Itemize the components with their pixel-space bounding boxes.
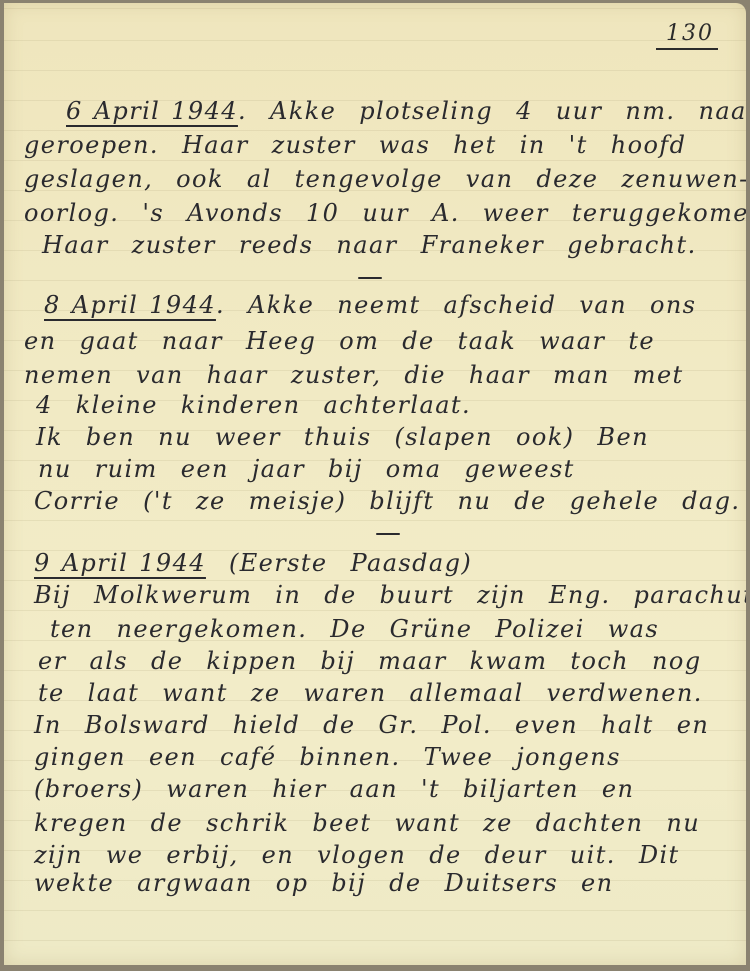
entry-3-line-2: Bij Molkwerum in de buurt zijn Eng. para… bbox=[34, 581, 746, 609]
diary-page: 130 6 April 1944. Akke plotseling 4 uur … bbox=[4, 3, 746, 965]
entry-2-line-4: 4 kleine kinderen achterlaat. bbox=[36, 391, 471, 419]
entry-2-line-3: nemen van haar zuster, die haar man met bbox=[24, 361, 684, 389]
entry-2-line-2: en gaat naar Heeg om de taak waar te bbox=[24, 327, 655, 355]
entry-2-line-1: 8 April 1944. Akke neemt afscheid van on… bbox=[44, 291, 696, 319]
entry-text: Akke plotseling 4 uur nm. naar huis bbox=[270, 97, 746, 125]
entry-heading-note: (Eerste Paasdag) bbox=[229, 549, 472, 577]
entry-divider bbox=[376, 533, 400, 535]
entry-2-line-5: Ik ben nu weer thuis (slapen ook) Ben bbox=[36, 423, 649, 451]
entry-text bbox=[206, 549, 229, 577]
entry-3-line-10: zijn we erbij, en vlogen de deur uit. Di… bbox=[34, 841, 680, 869]
entry-1-line-5: Haar zuster reeds naar Franeker gebracht… bbox=[42, 231, 697, 259]
entry-2-line-6: nu ruim een jaar bij oma geweest bbox=[38, 455, 575, 483]
entry-date: 6 April 1944 bbox=[66, 97, 238, 125]
entry-3-line-5: te laat want ze waren allemaal verdwenen… bbox=[38, 679, 703, 707]
entry-1-line-4: oorlog. 's Avonds 10 uur A. weer terugge… bbox=[24, 199, 746, 227]
page-number: 130 bbox=[656, 21, 718, 50]
entry-text: . bbox=[238, 97, 270, 125]
entry-3-line-11: wekte argwaan op bij de Duitsers en bbox=[34, 869, 614, 897]
entry-divider bbox=[358, 277, 382, 279]
entry-date: 9 April 1944 bbox=[34, 549, 206, 577]
entry-1-line-1: 6 April 1944. Akke plotseling 4 uur nm. … bbox=[66, 97, 746, 125]
entry-1-line-2: geroepen. Haar zuster was het in 't hoof… bbox=[24, 131, 686, 159]
entry-3-line-1: 9 April 1944 (Eerste Paasdag) bbox=[34, 549, 472, 577]
entry-text: . bbox=[216, 291, 248, 319]
entry-3-line-8: (broers) waren hier aan 't biljarten en bbox=[34, 775, 634, 803]
entry-text: Akke neemt afscheid van ons bbox=[248, 291, 696, 319]
entry-3-line-6: In Bolsward hield de Gr. Pol. even halt … bbox=[34, 711, 709, 739]
entry-3-line-9: kregen de schrik beet want ze dachten nu bbox=[34, 809, 700, 837]
entry-date: 8 April 1944 bbox=[44, 291, 216, 319]
entry-3-line-3: ten neergekomen. De Grüne Polizei was bbox=[50, 615, 659, 643]
entry-2-line-7: Corrie ('t ze meisje) blijft nu de gehel… bbox=[34, 487, 740, 515]
entry-3-line-7: gingen een café binnen. Twee jongens bbox=[34, 743, 621, 771]
entry-1-line-3: geslagen, ook al tengevolge van deze zen… bbox=[24, 165, 746, 193]
entry-3-line-4: er als de kippen bij maar kwam toch nog bbox=[38, 647, 702, 675]
